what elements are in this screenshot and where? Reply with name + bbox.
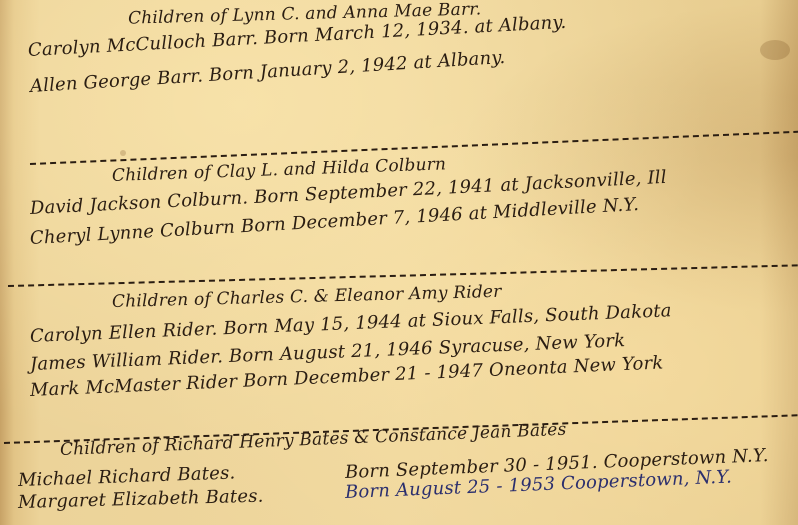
paper-stain [760, 40, 790, 60]
paper-stain [120, 150, 126, 156]
family-heading-rider: Children of Charles C. & Eleanor Amy Rid… [112, 282, 502, 312]
family-heading-bates: Children of Richard Henry Bates & Consta… [60, 420, 567, 460]
record-page: Children of Lynn C. and Anna Mae Barr. C… [0, 0, 798, 525]
